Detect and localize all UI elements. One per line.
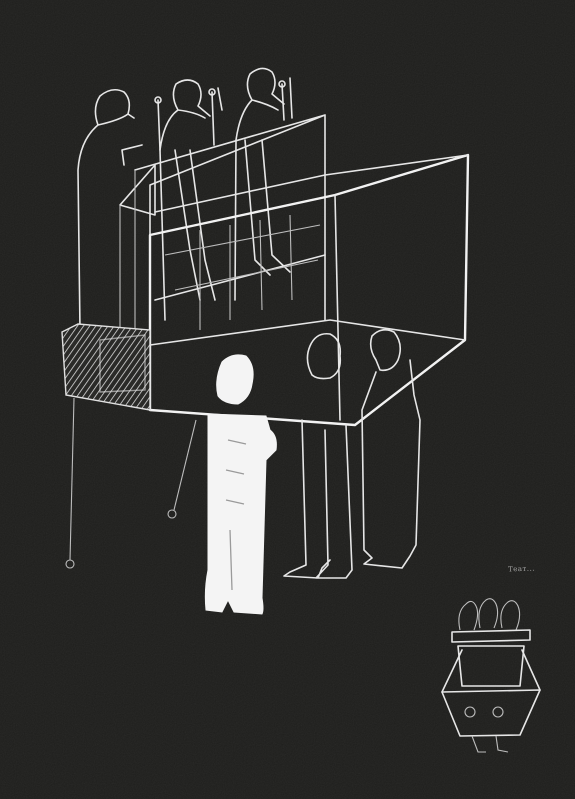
handwritten-annotation: Теат... xyxy=(508,565,535,574)
hatched-platform xyxy=(62,324,150,410)
artwork-canvas xyxy=(0,0,575,799)
